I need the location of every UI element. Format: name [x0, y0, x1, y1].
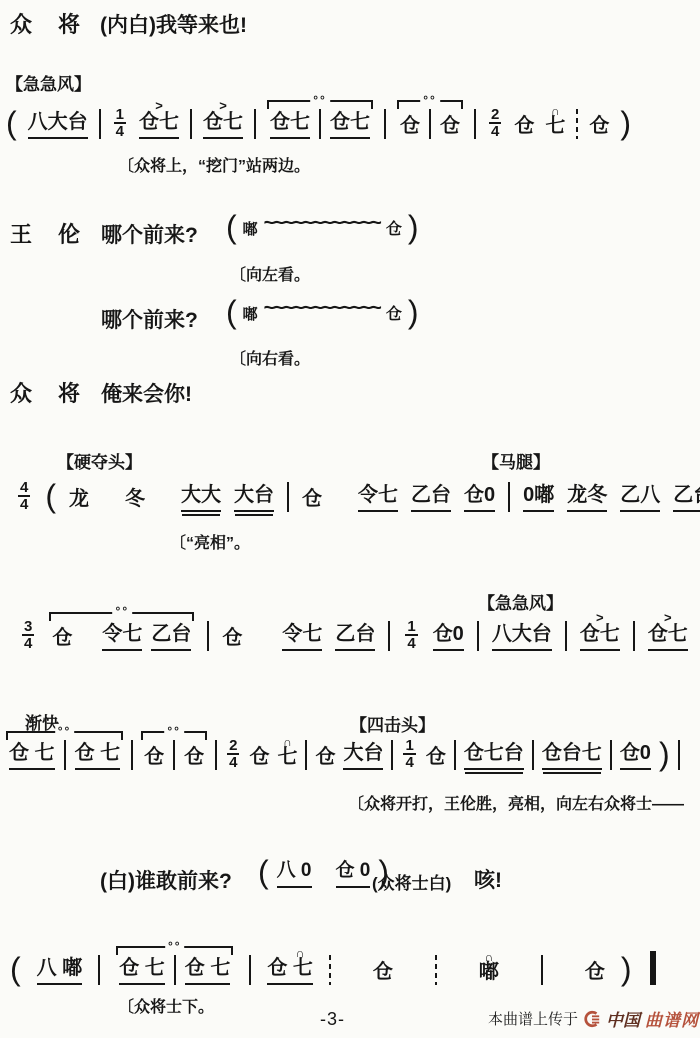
- fermata-mark: ∩: [485, 944, 494, 970]
- note-text: 仓七: [270, 111, 310, 133]
- stage-direction: 〔众将士下。: [118, 994, 214, 1017]
- gong-pattern-label: 【马腿】: [482, 448, 550, 473]
- note-group: 仓七: [270, 109, 310, 139]
- note-text: 仓: [315, 746, 335, 768]
- note-group: 龙: [69, 486, 89, 512]
- barline: [508, 482, 510, 512]
- watermark-text: 本曲谱上传于: [488, 1008, 578, 1029]
- note-group: 仓: [386, 300, 402, 328]
- note-text: 仓七: [330, 111, 370, 133]
- note-group: 仓0: [464, 482, 495, 512]
- watermark: 本曲谱上传于 中国 曲谱网: [488, 1006, 699, 1031]
- note-text: 乙台: [673, 484, 700, 506]
- note-text: 龙: [69, 488, 89, 510]
- note-group: 仓七台: [464, 740, 524, 770]
- time-numerator: 4: [18, 481, 30, 497]
- time-denominator: 4: [229, 755, 237, 769]
- time-signature: 14: [114, 108, 126, 139]
- note-text: 乙台: [411, 484, 451, 506]
- time-signature: 14: [403, 739, 415, 770]
- time-numerator: 1: [405, 620, 417, 636]
- phrase-paren: (: [258, 856, 269, 888]
- barline: [254, 109, 256, 139]
- time-numerator: 3: [22, 620, 34, 636]
- brand-logo-icon: [583, 1010, 601, 1028]
- time-denominator: 4: [407, 636, 415, 650]
- note-group: 龙冬: [567, 482, 607, 512]
- time-denominator: 4: [116, 124, 124, 138]
- barline: °°: [64, 740, 66, 770]
- barline: [287, 482, 289, 512]
- repeat-dots: °°: [165, 941, 185, 951]
- note-group: 乙八: [620, 482, 660, 512]
- time-denominator: 4: [491, 124, 499, 138]
- accent-mark: >: [155, 93, 163, 119]
- speaker-name: 王 伦: [10, 218, 82, 249]
- phrase-paren: (: [10, 953, 21, 985]
- note-text: 仓: [52, 627, 72, 649]
- note-text: 大台: [343, 742, 383, 764]
- note-group: 仓: [144, 744, 164, 770]
- note-group: 乙台: [151, 621, 191, 651]
- note-text: 仓: [585, 961, 605, 983]
- note-text: 大大: [181, 484, 221, 506]
- note-text: 仓 0: [336, 860, 371, 881]
- note-text: 乙台: [335, 623, 375, 645]
- phrase-paren: ): [621, 953, 632, 985]
- phrase-paren: ): [620, 107, 631, 139]
- note-text: 大台: [234, 484, 274, 506]
- dialogue-text: 哪个前来?: [101, 304, 198, 334]
- barline: [329, 955, 331, 985]
- note-group: 仓 七∩: [267, 955, 313, 985]
- note-text: 仓 七: [119, 957, 165, 979]
- note-text: 0嘟: [523, 484, 554, 506]
- note-group: 仓七>: [648, 621, 688, 651]
- note-group: 仓 七: [185, 955, 231, 985]
- dialogue-text: 咳!: [474, 864, 502, 894]
- dialogue-text: (众将士白): [372, 869, 451, 894]
- note-text: 仓: [222, 627, 242, 649]
- music-line: 34仓令七°°乙台仓令七乙台14仓0八大台仓七>仓七>: [20, 612, 700, 651]
- note-group: 冬: [125, 486, 145, 512]
- note-text: 仓0: [433, 623, 464, 645]
- note-group: 令七: [282, 621, 322, 651]
- time-signature: 24: [489, 108, 501, 139]
- note-group: 0嘟: [523, 482, 554, 512]
- note-group: 仓七>: [139, 109, 179, 139]
- note-text: 嘟: [243, 306, 258, 323]
- note-group: 嘟∩: [479, 959, 499, 985]
- note-group: 仓: [184, 744, 204, 770]
- barline: [207, 621, 209, 651]
- note-text: 仓七台: [464, 742, 524, 764]
- note-group: 仓七>: [203, 109, 243, 139]
- time-numerator: 1: [403, 739, 415, 755]
- repeat-dots: °°: [310, 95, 330, 105]
- note-text: 仓: [514, 115, 534, 137]
- note-group: 仓: [315, 744, 335, 770]
- time-signature: 44: [18, 481, 30, 512]
- barline: [678, 740, 680, 770]
- phrase-paren: ): [408, 211, 419, 243]
- note-text: 仓 七: [185, 957, 231, 979]
- barline: °°: [319, 109, 321, 139]
- accent-mark: >: [596, 605, 604, 631]
- note-group: 令七°°: [102, 621, 142, 651]
- stage-direction: 〔众将开打，王伦胜，亮相，向左右众将士——: [348, 791, 684, 814]
- repeat-dots: °°: [55, 726, 75, 736]
- note-text: 仓: [400, 115, 420, 137]
- note-group: 仓: [585, 959, 605, 985]
- fermata-mark: ∩: [551, 98, 560, 124]
- speaker-name: 众 将: [10, 377, 82, 408]
- note-group: 仓: [52, 625, 72, 651]
- barline: [249, 955, 251, 985]
- note-text: 仓: [386, 221, 402, 238]
- note-group: 仓: [249, 744, 269, 770]
- note-text: 乙八: [620, 484, 660, 506]
- note-group: 乙台: [335, 621, 375, 651]
- note-text: 乙台: [151, 623, 191, 645]
- note-group: 仓: [589, 113, 609, 139]
- music-line: (八 嘟仓 七°°仓 七仓 七∩仓嘟∩仓): [10, 946, 656, 985]
- time-signature: 34: [22, 620, 34, 651]
- phrase-bracket: 仓°°仓: [141, 731, 207, 770]
- dialogue-text: 哪个前来?: [101, 219, 198, 249]
- note-text: 八 0: [277, 860, 312, 881]
- note-text: 仓: [373, 961, 393, 983]
- barline: [384, 109, 386, 139]
- phrase-bracket: 仓 七°°仓 七: [116, 946, 233, 985]
- time-numerator: 1: [114, 108, 126, 124]
- time-denominator: 4: [24, 636, 32, 650]
- repeat-dots: °°: [420, 95, 440, 105]
- roll-wavy-line: ~~~~~~~~~~~~: [264, 298, 380, 326]
- note-text: 仓0: [620, 742, 651, 764]
- note-text: 仓: [440, 115, 460, 137]
- barline: [391, 740, 393, 770]
- note-text: 八 嘟: [37, 957, 83, 979]
- stage-direction: 〔向右看。: [230, 346, 310, 369]
- phrase-paren: (: [226, 296, 237, 328]
- note-group: 仓: [302, 486, 322, 512]
- note-group: 大台: [343, 740, 383, 770]
- phrase-paren: ): [659, 738, 670, 770]
- note-group: 仓: [373, 959, 393, 985]
- note-text: 仓: [302, 488, 322, 510]
- phrase-bracket: 仓令七°°乙台: [49, 612, 194, 651]
- barline: [610, 740, 612, 770]
- barline: °°: [173, 740, 175, 770]
- note-group: 仓 七: [119, 955, 165, 985]
- time-numerator: 2: [489, 108, 501, 124]
- barline: °°: [174, 955, 176, 985]
- note-group: 八大台: [28, 109, 88, 139]
- phrase-paren: (: [6, 107, 17, 139]
- repeat-dots: °°: [164, 726, 184, 736]
- note-group: 仓 0: [336, 857, 371, 888]
- note-group: 大台: [234, 482, 274, 512]
- barline: [474, 109, 476, 139]
- note-text: 仓 七: [75, 742, 121, 764]
- phrase-bracket: 仓°°仓: [397, 100, 463, 139]
- barline: [131, 740, 133, 770]
- inline-notation: (嘟~~~~~~~~~~~~仓): [226, 211, 419, 243]
- fermata-mark: ∩: [296, 940, 305, 966]
- barline: °°: [429, 109, 431, 139]
- accent-mark: >: [664, 605, 672, 631]
- note-group: 七∩: [545, 113, 565, 139]
- note-text: 仓: [184, 746, 204, 768]
- note-text: 仓0: [464, 484, 495, 506]
- barline: [190, 109, 192, 139]
- note-group: 乙台: [411, 482, 451, 512]
- barline: [565, 621, 567, 651]
- note-group: 仓: [426, 744, 446, 770]
- note-group: 嘟: [243, 300, 258, 328]
- note-text: 令七: [358, 484, 398, 506]
- final-barline: [650, 951, 656, 985]
- time-denominator: 4: [20, 497, 28, 511]
- note-text: 龙冬: [567, 484, 607, 506]
- barline: [305, 740, 307, 770]
- time-numerator: 2: [227, 739, 239, 755]
- music-line: (八大台14仓七>仓七>仓七°°仓七仓°°仓24仓七∩仓): [6, 100, 631, 139]
- note-group: 仓七>: [580, 621, 620, 651]
- barline: [454, 740, 456, 770]
- phrase-paren: ): [408, 296, 419, 328]
- note-text: 令七: [102, 623, 142, 645]
- speaker-name: 众 将: [10, 8, 82, 39]
- barline: [532, 740, 534, 770]
- barline: [477, 621, 479, 651]
- note-group: 仓0: [433, 621, 464, 651]
- note-text: 仓 七: [267, 957, 313, 979]
- note-text: 仓台七: [542, 742, 602, 764]
- barline: [576, 109, 578, 139]
- note-text: 仓 七: [9, 742, 55, 764]
- barline: [541, 955, 543, 985]
- barline: [99, 109, 101, 139]
- note-group: 令七: [358, 482, 398, 512]
- barline: [388, 621, 390, 651]
- sheet-music-page: 众 将 (内白)我等来也! 【急急风】 (八大台14仓七>仓七>仓七°°仓七仓°…: [0, 0, 700, 1038]
- note-group: 仓: [440, 113, 460, 139]
- time-denominator: 4: [405, 755, 413, 769]
- note-group: 仓 七: [75, 740, 121, 770]
- note-group: 七∩: [277, 744, 297, 770]
- gong-pattern-label: 【急急风】: [478, 589, 563, 614]
- note-group: 大大: [181, 482, 221, 512]
- note-text: 仓: [144, 746, 164, 768]
- inline-notation: (八 0仓 0): [258, 856, 389, 888]
- note-group: 八 0: [277, 857, 312, 888]
- dialogue-text: (白)谁敢前来?: [100, 865, 232, 895]
- note-group: 仓七: [330, 109, 370, 139]
- phrase-paren: (: [45, 480, 56, 512]
- stage-direction: 〔众将上，“挖门”站两边。: [118, 153, 310, 176]
- barline: [435, 955, 437, 985]
- fermata-mark: ∩: [283, 729, 292, 755]
- stage-direction: 〔“亮相”。: [170, 530, 250, 553]
- dialogue-text: 俺来会你!: [101, 378, 192, 408]
- phrase-paren: (: [226, 211, 237, 243]
- note-text: 八大台: [492, 623, 552, 645]
- gong-pattern-label: 【急急风】: [6, 70, 91, 95]
- watermark-brand: 曲谱网: [645, 1006, 699, 1031]
- note-group: 仓 七: [9, 740, 55, 770]
- note-text: 嘟: [243, 221, 258, 238]
- note-text: 冬: [125, 488, 145, 510]
- note-group: 八 嘟: [37, 955, 83, 985]
- note-text: 仓: [249, 746, 269, 768]
- roll-wavy-line: ~~~~~~~~~~~~: [264, 213, 380, 241]
- note-group: 仓台七: [542, 740, 602, 770]
- note-group: 八大台: [492, 621, 552, 651]
- barline: [98, 955, 100, 985]
- page-number: -3-: [320, 1009, 345, 1030]
- accent-mark: >: [219, 93, 227, 119]
- note-group: 仓: [386, 215, 402, 243]
- note-group: 乙台: [673, 482, 700, 512]
- time-signature: 24: [227, 739, 239, 770]
- note-group: 仓: [514, 113, 534, 139]
- time-signature: 14: [405, 620, 417, 651]
- phrase-bracket: 仓 七°°仓 七: [6, 731, 123, 770]
- note-text: 仓: [589, 115, 609, 137]
- note-text: 八大台: [28, 111, 88, 133]
- note-group: 嘟: [243, 215, 258, 243]
- note-group: 仓: [222, 625, 242, 651]
- music-line: 44(龙冬大大大台仓令七乙台仓00嘟龙冬乙八乙台: [16, 480, 700, 512]
- watermark-brand: 中国: [606, 1006, 640, 1031]
- phrase-bracket: 仓七°°仓七: [267, 100, 373, 139]
- note-text: 仓: [386, 306, 402, 323]
- barline: [633, 621, 635, 651]
- dialogue-text: (内白)我等来也!: [100, 9, 247, 39]
- barline: [215, 740, 217, 770]
- note-group: 仓0: [620, 740, 651, 770]
- repeat-dots: °°: [113, 606, 133, 616]
- note-text: 仓: [426, 746, 446, 768]
- stage-direction: 〔向左看。: [230, 262, 310, 285]
- inline-notation: (嘟~~~~~~~~~~~~仓): [226, 296, 419, 328]
- note-group: 仓: [400, 113, 420, 139]
- gong-pattern-label: 【硬夺头】: [57, 448, 142, 473]
- music-line: 仓 七°°仓 七仓°°仓24仓七∩仓大台14仓仓七台仓台七仓0): [6, 731, 680, 770]
- note-text: 令七: [282, 623, 322, 645]
